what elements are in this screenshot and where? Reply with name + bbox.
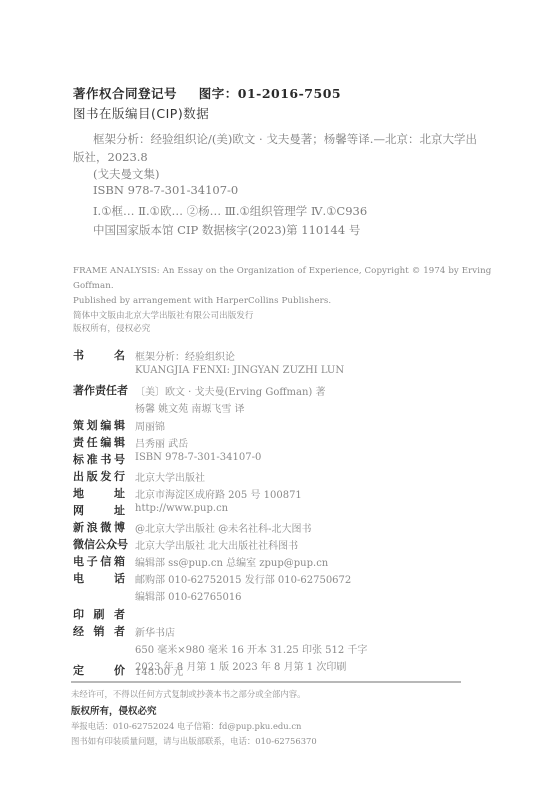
reproduction-notice: 未经许可，不得以任何方式复制或抄袭本书之部分或全部内容。 (71, 688, 306, 700)
value-planning-editor: 周丽锦 (135, 418, 165, 433)
value-author: 〔美〕欧文 · 戈夫曼(Erving Goffman) 著 (135, 383, 325, 398)
label-distributor: 经销者 (73, 623, 125, 639)
copyright-line-2: Goffman. (73, 281, 114, 291)
label-address: 地址 (73, 485, 125, 501)
value-format: 650 毫米×980 毫米 16 开本 31.25 印张 512 千字 (135, 641, 367, 656)
cip-line-1: 框架分析：经验组织论/(美)欧文 · 戈夫曼著；杨馨等译.—北京：北京大学出 (93, 131, 477, 147)
contract-number: 01-2016-7505 (238, 86, 341, 101)
cip-line-2: 版社，2023.8 (73, 149, 148, 165)
value-publisher: 北京大学出版社 (135, 469, 205, 484)
value-title-pinyin: KUANGJIA FENXI: JINGYAN ZUZHI LUN (135, 365, 344, 376)
contract-registration: 著作权合同登记号 图字：01-2016-7505 (73, 84, 341, 102)
label-planning-editor: 策划编辑 (73, 417, 125, 433)
value-isbn: ISBN 978-7-301-34107-0 (135, 452, 261, 463)
value-weibo: @北京大学出版社 @未名社科-北大图书 (135, 520, 312, 535)
value-email: 编辑部 ss@pup.cn 总编室 zpup@pup.cn (135, 554, 328, 569)
label-phone: 电话 (73, 570, 125, 586)
value-phone-1: 邮购部 010-62752015 发行部 010-62750672 (135, 571, 351, 586)
label-publisher: 出版发行 (73, 468, 125, 484)
cip-title: 图书在版编目(CIP)数据 (73, 104, 209, 122)
value-wechat: 北京大学出版社 北大出版社社科图书 (135, 537, 298, 552)
cip-series: (戈夫曼文集) (93, 166, 159, 182)
copyright-line-5: 版权所有，侵权必究 (73, 322, 150, 334)
value-website[interactable]: http://www.pup.cn (135, 503, 228, 514)
cip-classification: Ⅰ.①框… Ⅱ.①欧… ②杨… Ⅲ.①组织管理学 Ⅳ.①C936 (93, 203, 367, 219)
divider-rule (71, 681, 461, 683)
label-responsible-editor: 责任编辑 (73, 434, 125, 450)
copyright-line-3: Published by arrangement with HarperColl… (73, 296, 331, 306)
value-distributor: 新华书店 (135, 624, 175, 639)
label-weibo: 新浪微博 (73, 519, 125, 535)
label-price-text: 定价 (73, 662, 125, 678)
label-website: 网址 (73, 502, 125, 518)
quality-contact: 图书如有印装质量问题，请与出版部联系，电话：010-62756370 (71, 735, 317, 747)
label-isbn: 标准书号 (73, 451, 125, 467)
label-wechat: 微信公众号 (73, 536, 125, 552)
cip-record: 中国国家版本馆 CIP 数据核字(2023)第 110144 号 (93, 222, 360, 238)
value-phone-2: 编辑部 010-62765016 (135, 588, 242, 603)
value-title: 框架分析：经验组织论 (135, 348, 235, 363)
rights-reserved: 版权所有，侵权必究 (71, 703, 157, 717)
report-contact: 举报电话：010-62752024 电子信箱：fd@pup.pku.edu.cn (71, 720, 301, 732)
cip-isbn: ISBN 978-7-301-34107-0 (93, 183, 238, 197)
contract-prefix: 图字： (199, 86, 238, 101)
label-email: 电子信箱 (73, 553, 125, 569)
value-address: 北京市海淀区成府路 205 号 100871 (135, 486, 302, 501)
value-responsible-editor: 吕秀丽 武岳 (135, 435, 188, 450)
value-translators: 杨馨 姚文苑 南塬飞雪 译 (135, 400, 245, 415)
label-author: 著作责任者 (73, 382, 125, 398)
copyright-line-4: 简体中文版由北京大学出版社有限公司出版发行 (73, 309, 253, 321)
copyright-line-1: FRAME ANALYSIS: An Essay on the Organiza… (73, 266, 491, 276)
label-title: 书名 (73, 347, 125, 363)
label-printer: 印刷者 (73, 606, 125, 622)
value-price: 148.00 元 (135, 663, 183, 678)
contract-label: 著作权合同登记号 (73, 86, 177, 101)
